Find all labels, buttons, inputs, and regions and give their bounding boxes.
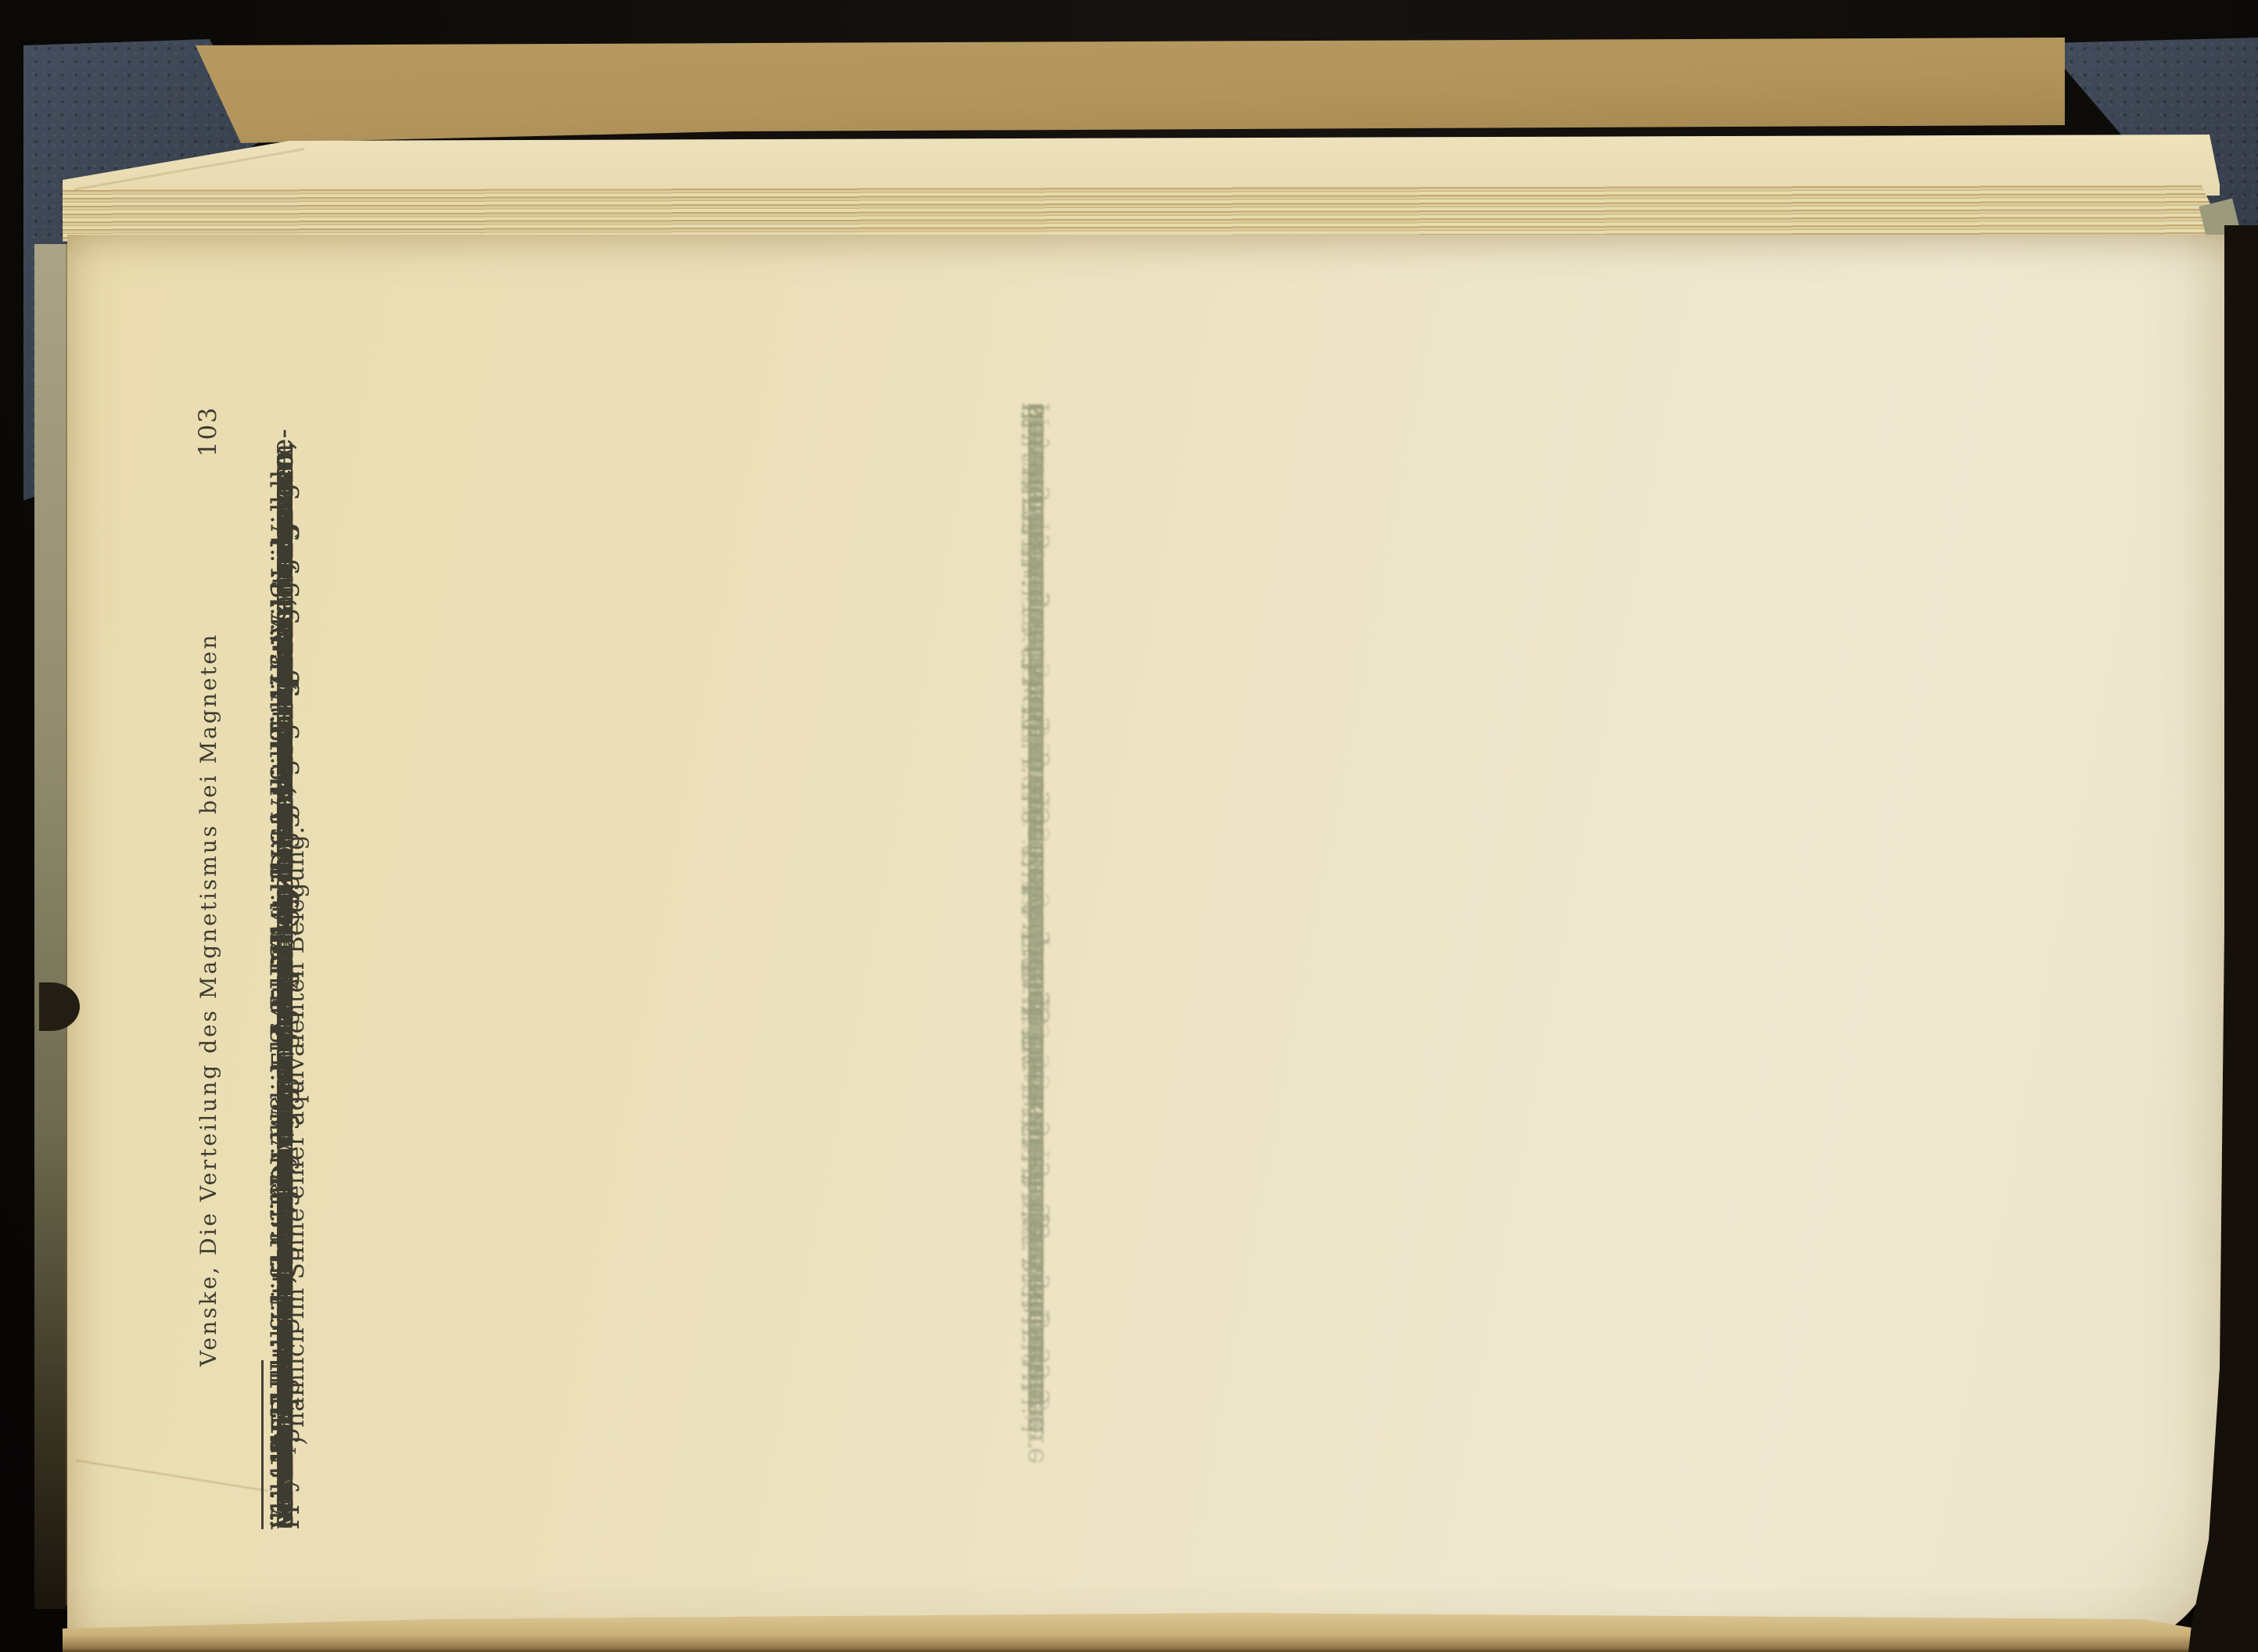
running-head: Venske, Die Verteilung des Magnetismus b… [196, 406, 228, 1529]
running-title: Venske, Die Verteilung des Magnetismus b… [196, 633, 221, 1366]
page-text-block: Venske, Die Verteilung des Magnetismus b… [196, 406, 948, 1529]
page-stack-edge-left [34, 244, 67, 1609]
footnote-rule [261, 1360, 264, 1529]
book-scan: der Verteilung des Magnetismus eines Mag… [0, 0, 2258, 1652]
footnote: ¹) nämlich im Sinne einer äquivalenten B… [278, 406, 314, 1529]
page-number: 103 [194, 406, 222, 457]
page-stack-lines-top [63, 182, 2215, 242]
bleedthrough-text: der Verteilung des Magnetismus eines Mag… [1013, 403, 1983, 1560]
endpaper-edge-top [186, 38, 2079, 143]
